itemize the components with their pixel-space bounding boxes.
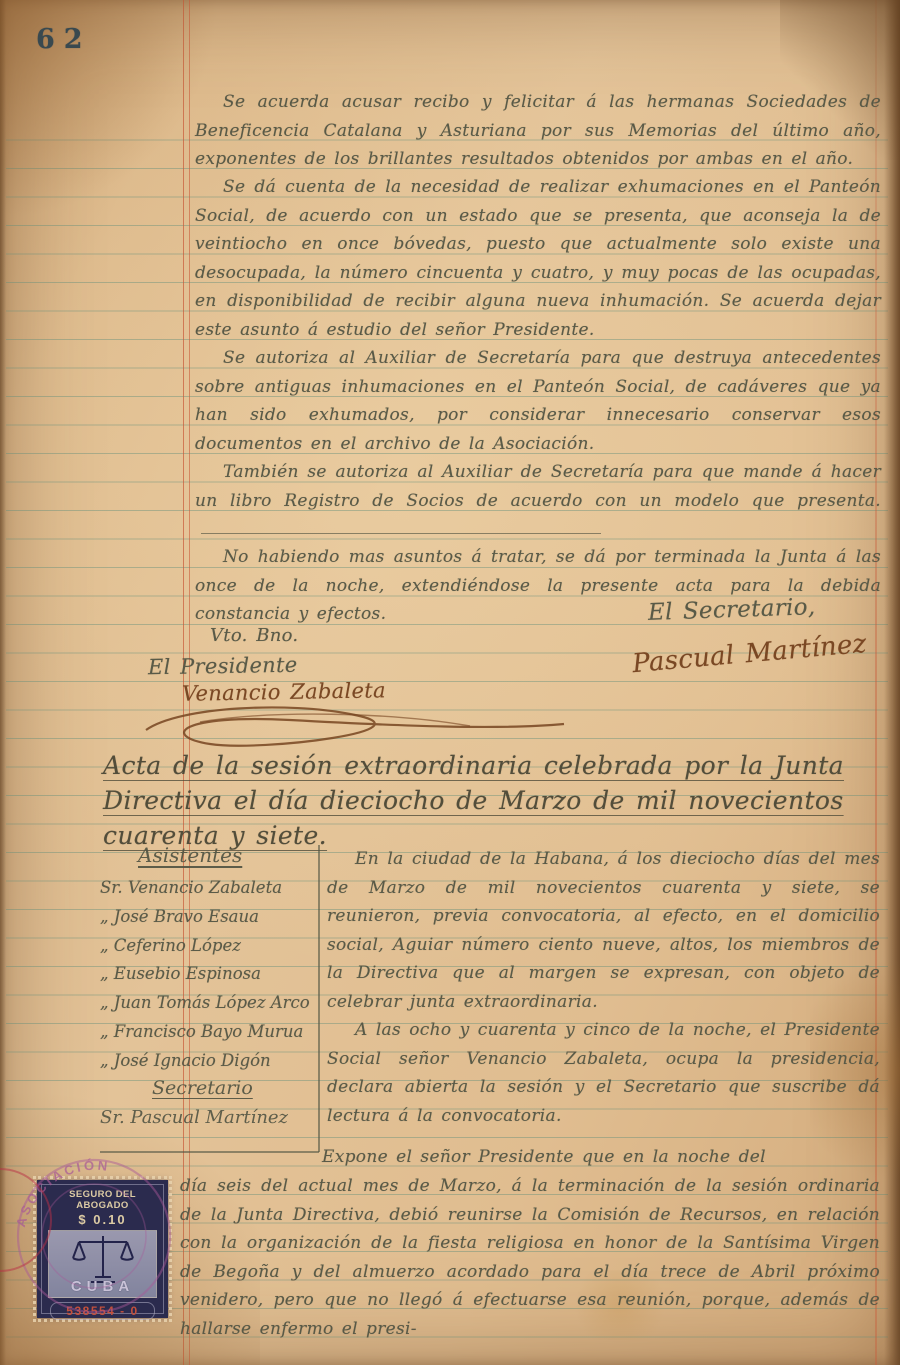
stamp-frame: SEGURO DEL ABOGADO $ 0.10 CUBA 538554 - … xyxy=(41,1184,164,1314)
paragraph-expone-first-line: Expone el señor Presidente que en la noc… xyxy=(322,1143,878,1172)
page-edge-left xyxy=(0,0,6,1365)
paragraph-presidencia: A las ocho y cuarenta y cinco de la noch… xyxy=(327,1016,880,1130)
ink-filler-line xyxy=(201,533,601,534)
paragraph-acuerdo-memorias: Se acuerda acusar recibo y felicitar á l… xyxy=(195,88,881,174)
attendee-name: „ Ceferino López xyxy=(100,932,315,961)
column-divider-line xyxy=(318,845,320,1152)
acta-title: Acta de la sesión extraordinaria celebra… xyxy=(103,748,882,853)
page-number: 62 xyxy=(36,24,92,55)
manuscript-page: 62 Se acuerda acusar recibo y felicitar … xyxy=(0,0,900,1365)
secretary-signature: Pascual Martínez xyxy=(631,630,868,679)
attendee-name: „ Eusebio Espinosa xyxy=(100,960,315,989)
stamp-vignette: CUBA xyxy=(48,1230,157,1298)
paragraph-exhumaciones: Se dá cuenta de la necesidad de realizar… xyxy=(195,173,881,344)
stamp-value: $ 0.10 xyxy=(42,1212,163,1227)
attendee-name: „ José Ignacio Digón xyxy=(100,1047,315,1076)
president-title-label: El Presidente xyxy=(148,651,298,682)
attendee-name: Sr. Venancio Zabaleta xyxy=(100,874,315,903)
stain xyxy=(0,0,220,220)
paragraph-autoriza-destruir: Se autoriza al Auxiliar de Secretaría pa… xyxy=(195,344,881,458)
secretary-name: Sr. Pascual Martínez xyxy=(100,1107,288,1128)
secretary-heading: Secretario xyxy=(152,1077,253,1099)
attendee-name: „ Juan Tomás López Arco xyxy=(100,989,315,1018)
stamp-serial-number: 538554 - 0 xyxy=(50,1302,155,1320)
attendee-name: „ Francisco Bayo Murua xyxy=(100,1018,315,1047)
stamp-header-text: SEGURO DEL ABOGADO xyxy=(42,1185,163,1211)
attendees-heading: Asistentes xyxy=(138,843,242,867)
page-edge-right xyxy=(884,0,900,1365)
signature-flourish-rubric xyxy=(140,700,570,752)
column-closing-line xyxy=(100,1151,319,1153)
revenue-stamp: SEGURO DEL ABOGADO $ 0.10 CUBA 538554 - … xyxy=(37,1180,168,1318)
vto-bno-label: Vto. Bno. xyxy=(210,622,298,651)
paragraph-expone-rest: día seis del actual mes de Marzo, á la t… xyxy=(180,1172,880,1343)
paragraph-text: También se autoriza al Auxiliar de Secre… xyxy=(195,462,881,511)
paragraph-libro-registro: También se autoriza al Auxiliar de Secre… xyxy=(195,458,881,544)
attendee-name: „ José Bravo Esaua xyxy=(100,903,315,932)
attendees-list: Sr. Venancio Zabaleta „ José Bravo Esaua… xyxy=(100,874,315,1076)
secretary-title-label: El Secretario, xyxy=(648,593,816,627)
paragraph-apertura: En la ciudad de la Habana, á los diecioc… xyxy=(327,845,880,1016)
stamp-country: CUBA xyxy=(49,1278,156,1295)
